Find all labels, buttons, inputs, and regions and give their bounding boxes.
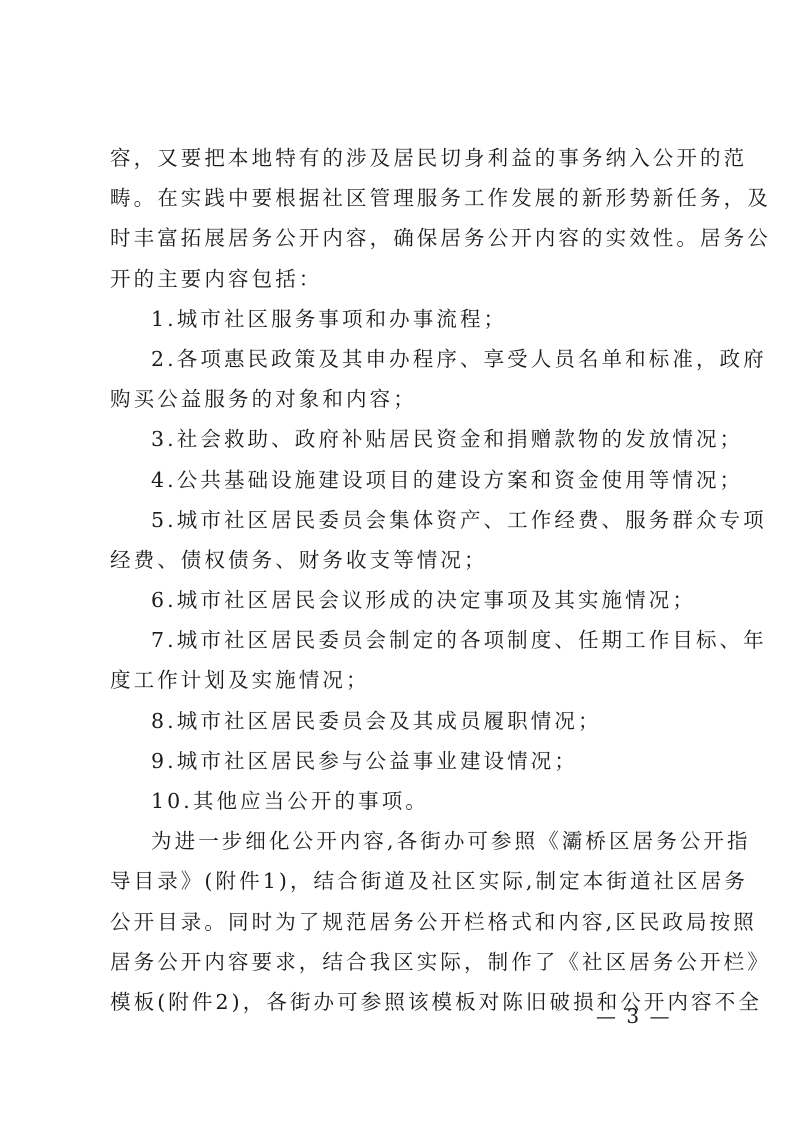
text-line: 购买公益服务的对象和内容； [110,379,686,419]
body-text: 容，又要把本地特有的涉及居民切身利益的事务纳入公开的范畴。在实践中要根据社区管理… [110,138,686,1022]
text-line: 8.城市社区居民委员会及其成员履职情况； [110,701,686,741]
text-line: 导目录》(附件1)，结合街道及社区实际,制定本街道社区居务 [110,861,686,901]
text-line: 3.社会救助、政府补贴居民资金和捐赠款物的发放情况； [110,419,686,459]
text-line: 9.城市社区居民参与公益事业建设情况； [110,741,686,781]
text-line: 1.城市社区服务事项和办事流程； [110,299,686,339]
text-line: 4.公共基础设施建设项目的建设方案和资金使用等情况； [110,460,686,500]
text-line: 度工作计划及实施情况； [110,660,686,700]
text-line: 公开目录。同时为了规范居务公开栏格式和内容,区民政局按照 [110,902,686,942]
text-line: 容，又要把本地特有的涉及居民切身利益的事务纳入公开的范 [110,138,686,178]
page-number: — 3 — [596,1004,671,1028]
text-line: 10.其他应当公开的事项。 [110,781,686,821]
text-line: 6.城市社区居民会议形成的决定事项及其实施情况； [110,580,686,620]
text-line: 居务公开内容要求，结合我区实际，制作了《社区居务公开栏》 [110,942,686,982]
text-line: 7.城市社区居民委员会制定的各项制度、任期工作目标、年 [110,620,686,660]
text-line: 2.各项惠民政策及其申办程序、享受人员名单和标准，政府 [110,339,686,379]
text-line: 开的主要内容包括： [110,259,686,299]
text-line: 时丰富拓展居务公开内容，确保居务公开内容的实效性。居务公 [110,218,686,258]
text-line: 经费、债权债务、财务收支等情况； [110,540,686,580]
text-line: 为进一步细化公开内容,各街办可参照《灞桥区居务公开指 [110,821,686,861]
document-page: 容，又要把本地特有的涉及居民切身利益的事务纳入公开的范畴。在实践中要根据社区管理… [0,0,793,1122]
text-line: 5.城市社区居民委员会集体资产、工作经费、服务群众专项 [110,500,686,540]
text-line: 畴。在实践中要根据社区管理服务工作发展的新形势新任务，及 [110,178,686,218]
